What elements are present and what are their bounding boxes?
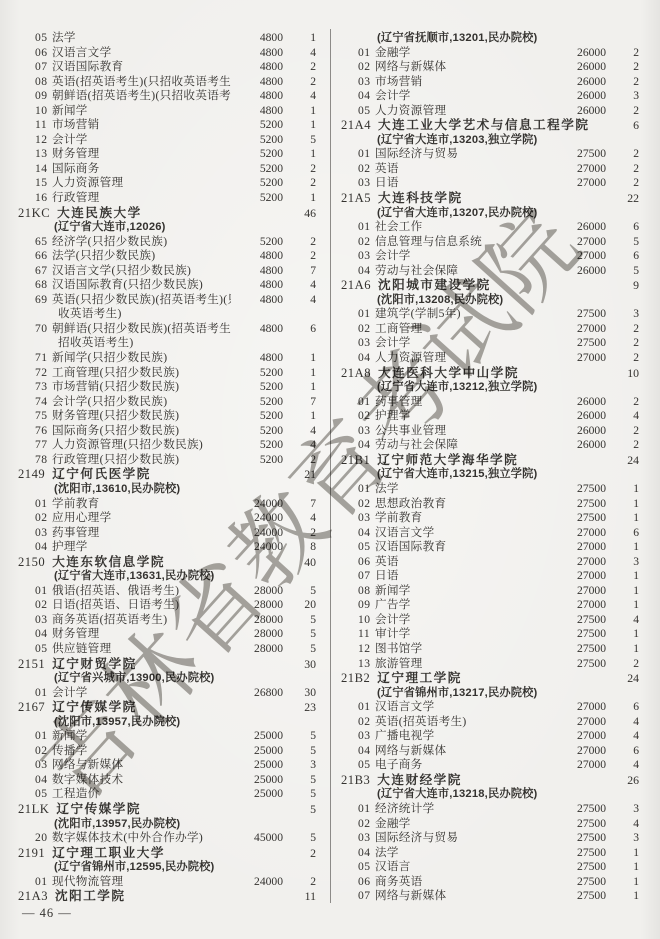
tuition-fee: 27000	[554, 729, 606, 744]
major-name: 人力资源管理	[375, 351, 554, 366]
major-number: 01	[35, 729, 52, 744]
major-name: 英语	[375, 555, 554, 570]
plan-count: 2	[606, 322, 639, 337]
major-name: 社会工作	[375, 220, 554, 235]
major-number: 65	[35, 235, 52, 250]
major-name: 朝鲜语(只招少数民族)(招英语考生)(只	[52, 322, 231, 337]
major-name: 旅游管理	[375, 657, 554, 672]
major-name: 财务管理(只招少数民族)	[52, 409, 231, 424]
tuition-fee: 4800	[231, 89, 283, 104]
location-row: (沈阳市,13957,民办院校)	[18, 715, 316, 730]
major-number: 02	[358, 497, 375, 512]
university-location: (沈阳市,13957,民办院校)	[54, 817, 180, 832]
major-name: 财务管理	[52, 627, 231, 642]
plan-count: 1	[606, 569, 639, 584]
major-name: 电子商务	[375, 758, 554, 773]
plan-count: 4	[283, 424, 316, 439]
university-plan-count: 24	[606, 453, 639, 468]
major-number: 03	[358, 511, 375, 526]
plan-count: 3	[606, 555, 639, 570]
tuition-fee: 27500	[554, 831, 606, 846]
major-name: 经济学(只招少数民族)	[52, 235, 231, 250]
major-name: 新闻学	[52, 729, 231, 744]
university-code: 21B2	[341, 671, 370, 686]
column-left: 05法学4800106汉语言文学4800407汉语国际教育4800208英语(招…	[18, 31, 316, 904]
major-name: 英语(只招少数民族)(招英语考生)(只招	[52, 293, 231, 308]
major-row: 01国际经济与贸易275002	[341, 147, 639, 162]
university-row: 21A6沈阳城市建设学院9	[341, 278, 639, 293]
location-row: (辽宁省大连市,12026)	[18, 220, 316, 235]
major-row: 04护理学240008	[18, 540, 316, 555]
major-row-continuation: 收英语考生)	[18, 307, 316, 322]
major-number: 01	[358, 307, 375, 322]
major-number: 06	[358, 875, 375, 890]
major-number: 77	[35, 438, 52, 453]
location-row: (辽宁省大连市,13631,民办院校)	[18, 569, 316, 584]
major-row: 73市场营销(只招少数民族)52001	[18, 380, 316, 395]
major-name: 汉语言文学	[52, 46, 231, 61]
tuition-fee: 4800	[231, 46, 283, 61]
plan-count: 6	[606, 744, 639, 759]
major-row: 69英语(只招少数民族)(招英语考生)(只招48004	[18, 293, 316, 308]
major-name: 思想政治教育	[375, 497, 554, 512]
plan-count: 1	[606, 511, 639, 526]
tuition-fee: 5200	[231, 395, 283, 410]
major-row: 02网络与新媒体260002	[341, 60, 639, 75]
major-name: 国际经济与贸易	[375, 831, 554, 846]
university-location: (辽宁省锦州市,13217,民办院校)	[377, 686, 537, 701]
university-location: (辽宁省抚顺市,13201,民办院校)	[377, 31, 537, 46]
major-number: 68	[35, 278, 52, 293]
major-number: 02	[358, 162, 375, 177]
university-name: 大连工业大学艺术与信息工程学院	[378, 118, 606, 133]
tuition-fee: 5200	[231, 453, 283, 468]
tuition-fee: 25000	[231, 729, 283, 744]
major-row: 01药事管理260002	[341, 395, 639, 410]
tuition-fee: 26000	[554, 60, 606, 75]
major-name: 信息管理与信息系统	[375, 235, 554, 250]
major-row: 05汉语言275001	[341, 860, 639, 875]
major-number: 11	[358, 627, 375, 642]
university-name: 辽宁传媒学院	[52, 700, 283, 715]
major-number: 01	[358, 700, 375, 715]
university-name: 辽宁理工职业大学	[52, 846, 283, 861]
major-name: 汉语言	[375, 860, 554, 875]
column-right: (辽宁省抚顺市,13201,民办院校)01金融学26000202网络与新媒体26…	[341, 31, 639, 904]
tuition-fee: 27500	[554, 336, 606, 351]
major-row-continuation: 招收英语考生)	[18, 336, 316, 351]
plan-count: 5	[283, 773, 316, 788]
plan-count: 3	[606, 831, 639, 846]
major-row: 02传播学250005	[18, 744, 316, 759]
major-number: 05	[358, 860, 375, 875]
major-name: 广告学	[375, 598, 554, 613]
major-row: 12图书馆学275001	[341, 642, 639, 657]
major-number: 03	[358, 831, 375, 846]
plan-count: 1	[283, 351, 316, 366]
major-row: 03会计学270006	[341, 249, 639, 264]
major-name: 汉语言文学	[375, 526, 554, 541]
university-code: 2150	[18, 555, 45, 570]
plan-count: 1	[606, 875, 639, 890]
major-name: 劳动与社会保障	[375, 264, 554, 279]
tuition-fee: 5200	[231, 235, 283, 250]
university-location: (辽宁省兴城市,13900,民办院校)	[54, 671, 214, 686]
major-number: 02	[358, 817, 375, 832]
major-number: 01	[358, 395, 375, 410]
major-name: 劳动与社会保障	[375, 438, 554, 453]
university-row: 21A3沈阳工学院11	[18, 889, 316, 904]
plan-count: 4	[606, 758, 639, 773]
major-number: 03	[358, 75, 375, 90]
major-name: 财务管理	[52, 147, 231, 162]
major-name: 日语	[375, 176, 554, 191]
tuition-fee: 27000	[554, 540, 606, 555]
major-number: 04	[358, 351, 375, 366]
tuition-fee: 28000	[231, 584, 283, 599]
plan-count: 2	[283, 875, 316, 890]
tuition-fee: 25000	[231, 787, 283, 802]
major-row: 04网络与新媒体270006	[341, 744, 639, 759]
location-row: (沈阳市,13957,民办院校)	[18, 817, 316, 832]
university-plan-count: 30	[283, 657, 316, 672]
major-name: 新闻学	[375, 584, 554, 599]
major-name: 汉语国际教育(只招少数民族)	[52, 278, 231, 293]
plan-count: 4	[606, 715, 639, 730]
tuition-fee: 26000	[554, 438, 606, 453]
plan-count: 3	[606, 802, 639, 817]
major-name: 人力资源管理	[375, 104, 554, 119]
plan-count: 1	[283, 380, 316, 395]
major-number: 07	[358, 889, 375, 904]
major-number: 02	[358, 409, 375, 424]
tuition-fee: 27000	[554, 322, 606, 337]
document-page: 05法学4800106汉语言文学4800407汉语国际教育4800208英语(招…	[0, 0, 660, 939]
major-row: 05汉语国际教育270001	[341, 540, 639, 555]
plan-count: 2	[606, 336, 639, 351]
plan-count: 2	[606, 60, 639, 75]
tuition-fee: 27000	[554, 715, 606, 730]
university-code: 21LK	[18, 802, 49, 817]
tuition-fee: 4800	[231, 264, 283, 279]
major-name: 金融学	[375, 817, 554, 832]
major-number: 03	[358, 249, 375, 264]
major-row: 09朝鲜语(招英语考生)(只招收英语考生)48004	[18, 89, 316, 104]
tuition-fee: 27500	[554, 511, 606, 526]
major-row: 04数字媒体技术250005	[18, 773, 316, 788]
university-row: 21A8大连医科大学中山学院10	[341, 366, 639, 381]
university-row: 21KC大连民族大学46	[18, 206, 316, 221]
plan-count: 2	[283, 235, 316, 250]
tuition-fee: 28000	[231, 627, 283, 642]
university-location: (辽宁省锦州市,12595,民办院校)	[54, 860, 214, 875]
tuition-fee: 27500	[554, 860, 606, 875]
university-code: 21B3	[341, 773, 370, 788]
plan-count: 1	[606, 860, 639, 875]
major-name: 传播学	[52, 744, 231, 759]
major-name-continuation: 招收英语考生)	[58, 336, 134, 351]
major-row: 01新闻学250005	[18, 729, 316, 744]
university-row: 2167辽宁传媒学院23	[18, 700, 316, 715]
university-plan-count: 5	[283, 802, 316, 817]
major-row: 02日语(招英语、日语考生)2800020	[18, 598, 316, 613]
tuition-fee: 27000	[554, 744, 606, 759]
major-name: 护理学	[52, 540, 231, 555]
major-name: 会计学	[52, 686, 231, 701]
tuition-fee: 27000	[554, 351, 606, 366]
university-row: 21A5大连科技学院22	[341, 191, 639, 206]
major-number: 76	[35, 424, 52, 439]
tuition-fee: 5200	[231, 176, 283, 191]
major-number: 70	[35, 322, 52, 337]
university-name: 辽宁何氏医学院	[52, 467, 283, 482]
plan-count: 1	[283, 118, 316, 133]
column-divider	[330, 29, 331, 903]
major-number: 04	[358, 526, 375, 541]
tuition-fee: 4800	[231, 104, 283, 119]
major-name: 商务英语	[375, 875, 554, 890]
tuition-fee: 27000	[554, 235, 606, 250]
plan-count: 2	[283, 453, 316, 468]
major-row: 01会计学2680030	[18, 686, 316, 701]
major-number: 01	[35, 686, 52, 701]
university-location: (辽宁省大连市,13203,独立学院)	[377, 133, 537, 148]
plan-count: 8	[283, 540, 316, 555]
major-number: 02	[358, 715, 375, 730]
major-row: 03市场营销260002	[341, 75, 639, 90]
major-row: 03日语270002	[341, 176, 639, 191]
plan-count: 2	[283, 60, 316, 75]
major-number: 04	[358, 846, 375, 861]
major-number: 12	[358, 642, 375, 657]
tuition-fee: 5200	[231, 409, 283, 424]
tuition-fee: 27000	[554, 584, 606, 599]
major-name: 会计学	[375, 249, 554, 264]
major-number: 03	[358, 336, 375, 351]
university-location: (沈阳市,13208,民办院校)	[377, 293, 503, 308]
university-name: 辽宁师范大学海华学院	[377, 453, 606, 468]
tuition-fee: 4800	[231, 31, 283, 46]
university-name: 大连民族大学	[57, 206, 283, 221]
major-row: 77人力资源管理(只招少数民族)52004	[18, 438, 316, 453]
major-name: 汉语国际教育	[52, 60, 231, 75]
tuition-fee: 27500	[554, 307, 606, 322]
major-row: 67汉语言文学(只招少数民族)48007	[18, 264, 316, 279]
university-code: 21A3	[18, 889, 48, 904]
major-name: 国际商务(只招少数民族)	[52, 424, 231, 439]
major-name: 商务英语(招英语考生)	[52, 613, 231, 628]
tuition-fee: 5200	[231, 191, 283, 206]
university-plan-count: 22	[606, 191, 639, 206]
plan-count: 1	[606, 482, 639, 497]
major-name: 国际商务	[52, 162, 231, 177]
plan-count: 7	[283, 497, 316, 512]
major-row: 78行政管理(只招少数民族)52002	[18, 453, 316, 468]
plan-count: 2	[283, 162, 316, 177]
university-location: (辽宁省大连市,13215,独立学院)	[377, 467, 537, 482]
major-row: 05供应链管理280005	[18, 642, 316, 657]
major-number: 16	[35, 191, 52, 206]
major-name: 数字媒体技术	[52, 773, 231, 788]
tuition-fee: 26000	[554, 264, 606, 279]
tuition-fee: 27500	[554, 147, 606, 162]
plan-count: 6	[283, 322, 316, 337]
major-name: 国际经济与贸易	[375, 147, 554, 162]
major-name: 学前教育	[375, 511, 554, 526]
major-number: 04	[358, 744, 375, 759]
university-plan-count: 23	[283, 700, 316, 715]
plan-count: 1	[606, 598, 639, 613]
major-name: 市场营销(只招少数民族)	[52, 380, 231, 395]
major-number: 05	[35, 642, 52, 657]
tuition-fee: 5200	[231, 118, 283, 133]
major-row: 01金融学260002	[341, 46, 639, 61]
major-number: 71	[35, 351, 52, 366]
tuition-fee: 27000	[554, 249, 606, 264]
major-name: 供应链管理	[52, 642, 231, 657]
plan-count: 2	[606, 351, 639, 366]
major-row: 12会计学52005	[18, 133, 316, 148]
major-row: 05法学48001	[18, 31, 316, 46]
university-code: 21B1	[341, 453, 370, 468]
major-row: 06汉语言文学48004	[18, 46, 316, 61]
university-plan-count: 46	[283, 206, 316, 221]
university-name: 辽宁理工学院	[377, 671, 606, 686]
university-row: 2151辽宁财贸学院30	[18, 657, 316, 672]
plan-count: 5	[606, 264, 639, 279]
tuition-fee: 5200	[231, 162, 283, 177]
major-name: 市场营销	[52, 118, 231, 133]
plan-count: 6	[606, 249, 639, 264]
tuition-fee: 27500	[554, 627, 606, 642]
major-number: 01	[35, 497, 52, 512]
plan-count: 1	[606, 642, 639, 657]
university-code: 21A5	[341, 191, 371, 206]
plan-count: 5	[283, 787, 316, 802]
major-row: 08英语(招英语考生)(只招收英语考生)48002	[18, 75, 316, 90]
tuition-fee: 26000	[554, 75, 606, 90]
tuition-fee: 27500	[554, 657, 606, 672]
tuition-fee: 24000	[231, 497, 283, 512]
major-name: 日语	[375, 569, 554, 584]
plan-count: 2	[606, 657, 639, 672]
university-name: 大连医科大学中山学院	[378, 366, 606, 381]
major-number: 66	[35, 249, 52, 264]
location-row: (沈阳市,13208,民办院校)	[341, 293, 639, 308]
major-name: 市场营销	[375, 75, 554, 90]
plan-count: 2	[606, 75, 639, 90]
major-row: 02英语(招英语考生)270004	[341, 715, 639, 730]
plan-count: 5	[283, 627, 316, 642]
university-row: 21B3大连财经学院26	[341, 773, 639, 788]
tuition-fee: 5200	[231, 147, 283, 162]
tuition-fee: 26000	[554, 424, 606, 439]
major-name: 工程造价	[52, 787, 231, 802]
plan-count: 5	[283, 744, 316, 759]
plan-count: 1	[283, 104, 316, 119]
tuition-fee: 27000	[554, 555, 606, 570]
major-name: 法学	[52, 31, 231, 46]
major-row: 14国际商务52002	[18, 162, 316, 177]
university-code: 21A6	[341, 278, 371, 293]
major-row: 01社会工作260006	[341, 220, 639, 235]
major-number: 02	[358, 235, 375, 250]
tuition-fee: 27500	[554, 613, 606, 628]
major-name: 现代物流管理	[52, 875, 231, 890]
major-row: 05电子商务270004	[341, 758, 639, 773]
major-number: 07	[358, 569, 375, 584]
tuition-fee: 27500	[554, 802, 606, 817]
tuition-fee: 5200	[231, 438, 283, 453]
plan-count: 4	[606, 729, 639, 744]
major-number: 10	[358, 613, 375, 628]
major-name: 工商管理	[375, 322, 554, 337]
tuition-fee: 5200	[231, 133, 283, 148]
location-row: (辽宁省大连市,13207,民办院校)	[341, 206, 639, 221]
major-row: 16行政管理52001	[18, 191, 316, 206]
university-location: (沈阳市,13610,民办院校)	[54, 482, 180, 497]
major-row: 04劳动与社会保障260005	[341, 264, 639, 279]
major-row: 70朝鲜语(只招少数民族)(招英语考生)(只48006	[18, 322, 316, 337]
major-number: 01	[358, 220, 375, 235]
major-name: 人力资源管理(只招少数民族)	[52, 438, 231, 453]
university-location: (辽宁省大连市,12026)	[54, 220, 166, 235]
plan-count: 2	[606, 162, 639, 177]
tuition-fee: 25000	[231, 758, 283, 773]
major-number: 01	[35, 584, 52, 599]
university-location: (辽宁省大连市,13207,民办院校)	[377, 206, 537, 221]
major-row: 03国际经济与贸易275003	[341, 831, 639, 846]
plan-count: 6	[606, 526, 639, 541]
major-name: 汉语言文学	[375, 700, 554, 715]
tuition-fee: 26000	[554, 220, 606, 235]
major-row: 76国际商务(只招少数民族)52004	[18, 424, 316, 439]
university-plan-count: 26	[606, 773, 639, 788]
plan-count: 2	[606, 424, 639, 439]
major-number: 06	[35, 46, 52, 61]
plan-count: 5	[283, 133, 316, 148]
plan-count: 4	[606, 613, 639, 628]
university-code: 2167	[18, 700, 45, 715]
tuition-fee: 4800	[231, 60, 283, 75]
major-row: 03商务英语(招英语考生)280005	[18, 613, 316, 628]
major-name: 会计学	[375, 89, 554, 104]
major-row: 04劳动与社会保障260002	[341, 438, 639, 453]
plan-count: 1	[283, 191, 316, 206]
plan-count: 4	[283, 46, 316, 61]
major-name: 网络与新媒体	[375, 60, 554, 75]
major-name: 会计学	[375, 336, 554, 351]
university-row: 2150大连东软信息学院40	[18, 555, 316, 570]
university-name: 辽宁财贸学院	[52, 657, 283, 672]
plan-count: 3	[606, 307, 639, 322]
plan-count: 6	[606, 220, 639, 235]
major-number: 03	[358, 176, 375, 191]
tuition-fee: 27500	[554, 875, 606, 890]
major-row: 01法学275001	[341, 482, 639, 497]
tuition-fee: 28000	[231, 613, 283, 628]
university-name: 大连财经学院	[377, 773, 606, 788]
major-row: 13财务管理52001	[18, 147, 316, 162]
university-name: 大连科技学院	[378, 191, 606, 206]
major-name: 工商管理(只招少数民族)	[52, 366, 231, 381]
plan-count: 30	[283, 686, 316, 701]
major-name: 新闻学	[52, 104, 231, 119]
tuition-fee: 24000	[231, 875, 283, 890]
page-number: — 46 —	[22, 906, 72, 921]
tuition-fee: 26000	[554, 46, 606, 61]
major-number: 01	[358, 147, 375, 162]
